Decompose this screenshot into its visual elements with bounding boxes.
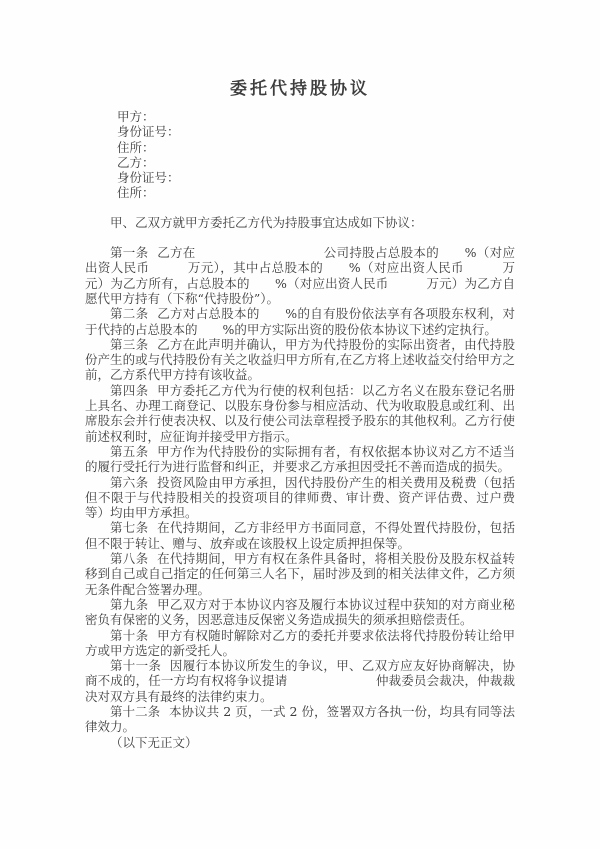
clause-1-number: 第一条 [110, 245, 148, 260]
agreement-intro: 甲、乙双方就甲方委托乙方代为持股事宜达成如下协议： [85, 215, 515, 230]
clause-4: 第四条甲方委托乙方代为行使的权利包括：以乙方名义在股东登记名册上具名、办理工商登… [85, 383, 515, 444]
clause-2: 第二条乙方对占总股本的 %的自有股份依法享有各项股东权利，对于代持的占总股本的 … [85, 306, 515, 337]
end-note: （以下无正文） [85, 735, 515, 750]
clause-2-number: 第二条 [110, 306, 148, 321]
clause-8: 第八条在代持期间，甲方有权在条件具备时，将相关股份及股东权益转移到自己或自己指定… [85, 551, 515, 597]
clause-3: 第三条乙方在此声明并确认，甲方为代持股份的实际出资者，由代持股份产生的或与代持股… [85, 337, 515, 383]
clause-5: 第五条甲方作为代持股份的实际拥有者，有权依据本协议对乙方不适当的履行受托行为进行… [85, 444, 515, 475]
party-a-address-label: 住所： [117, 140, 600, 155]
clause-4-text: 甲方委托乙方代为行使的权利包括：以乙方名义在股东登记名册上具名、办理工商登记、以… [85, 383, 515, 444]
clause-7: 第七条在代持期间，乙方非经甲方书面同意，不得处置代持股份，包括但不限于转让、赠与… [85, 520, 515, 551]
clause-5-number: 第五条 [110, 444, 148, 459]
clause-6-number: 第六条 [110, 475, 148, 490]
party-b-address-label: 住所： [117, 185, 600, 200]
clause-7-text: 在代持期间，乙方非经甲方书面同意，不得处置代持股份，包括但不限于转让、赠与、放弃… [85, 520, 515, 550]
clause-9: 第九条甲乙双方对于本协议内容及履行本协议过程中获知的对方商业秘密负有保密的义务，… [85, 597, 515, 628]
clause-10: 第十条甲方有权随时解除对乙方的委托并要求依法将代持股份转让给甲方或甲方选定的新受… [85, 628, 515, 659]
document-title: 委托代持股协议 [0, 0, 600, 99]
clause-9-text: 甲乙双方对于本协议内容及履行本协议过程中获知的对方商业秘密负有保密的义务，因恶意… [85, 597, 515, 627]
party-a-label: 甲方： [117, 109, 600, 124]
clause-9-number: 第九条 [110, 597, 148, 612]
clause-2-text: 乙方对占总股本的 %的自有股份依法享有各项股东权利，对于代持的占总股本的 %的甲… [85, 306, 515, 336]
party-b-label: 乙方： [117, 155, 600, 170]
clause-6-text: 投资风险由甲方承担，因代持股份产生的相关费用及税费（包括但不限于与代持股相关的投… [85, 475, 515, 521]
clause-8-number: 第八条 [110, 551, 148, 566]
clause-4-number: 第四条 [110, 383, 148, 398]
clause-7-number: 第七条 [110, 520, 148, 535]
clause-1-text: 乙方在 公司持股占总股本的 %（对应出资人民币 万元），其中占总股本的 %（对应… [85, 245, 515, 306]
party-block: 甲方： 身份证号： 住所： 乙方： 身份证号： 住所： [117, 109, 600, 201]
clause-3-number: 第三条 [110, 337, 148, 352]
clause-1: 第一条乙方在 公司持股占总股本的 %（对应出资人民币 万元），其中占总股本的 %… [85, 245, 515, 306]
clause-11-number: 第十一条 [110, 658, 161, 673]
clause-10-number: 第十条 [110, 628, 148, 643]
clause-8-text: 在代持期间，甲方有权在条件具备时，将相关股份及股东权益转移到自己或自己指定的任何… [85, 551, 515, 597]
clause-12: 第十二条本协议共 2 页，一式 2 份，签署双方各执一份，均具有同等法律效力。 [85, 704, 515, 735]
party-b-id-label: 身份证号： [117, 170, 600, 185]
clause-3-text: 乙方在此声明并确认，甲方为代持股份的实际出资者，由代持股份产生的或与代持股份有关… [85, 337, 515, 383]
clause-12-number: 第十二条 [110, 704, 160, 719]
clause-5-text: 甲方作为代持股份的实际拥有者，有权依据本协议对乙方不适当的履行受托行为进行监督和… [85, 444, 515, 474]
clause-10-text: 甲方有权随时解除对乙方的委托并要求依法将代持股份转让给甲方或甲方选定的新受托人。 [85, 628, 515, 658]
clause-11: 第十一条因履行本协议所发生的争议，甲、乙双方应友好协商解决，协商不成的，任一方均… [85, 658, 515, 704]
party-a-id-label: 身份证号： [117, 124, 600, 139]
clause-block: 第一条乙方在 公司持股占总股本的 %（对应出资人民币 万元），其中占总股本的 %… [85, 245, 515, 750]
document-page: 委托代持股协议 甲方： 身份证号： 住所： 乙方： 身份证号： 住所： 甲、乙双… [0, 0, 600, 849]
clause-6: 第六条投资风险由甲方承担，因代持股份产生的相关费用及税费（包括但不限于与代持股相… [85, 475, 515, 521]
